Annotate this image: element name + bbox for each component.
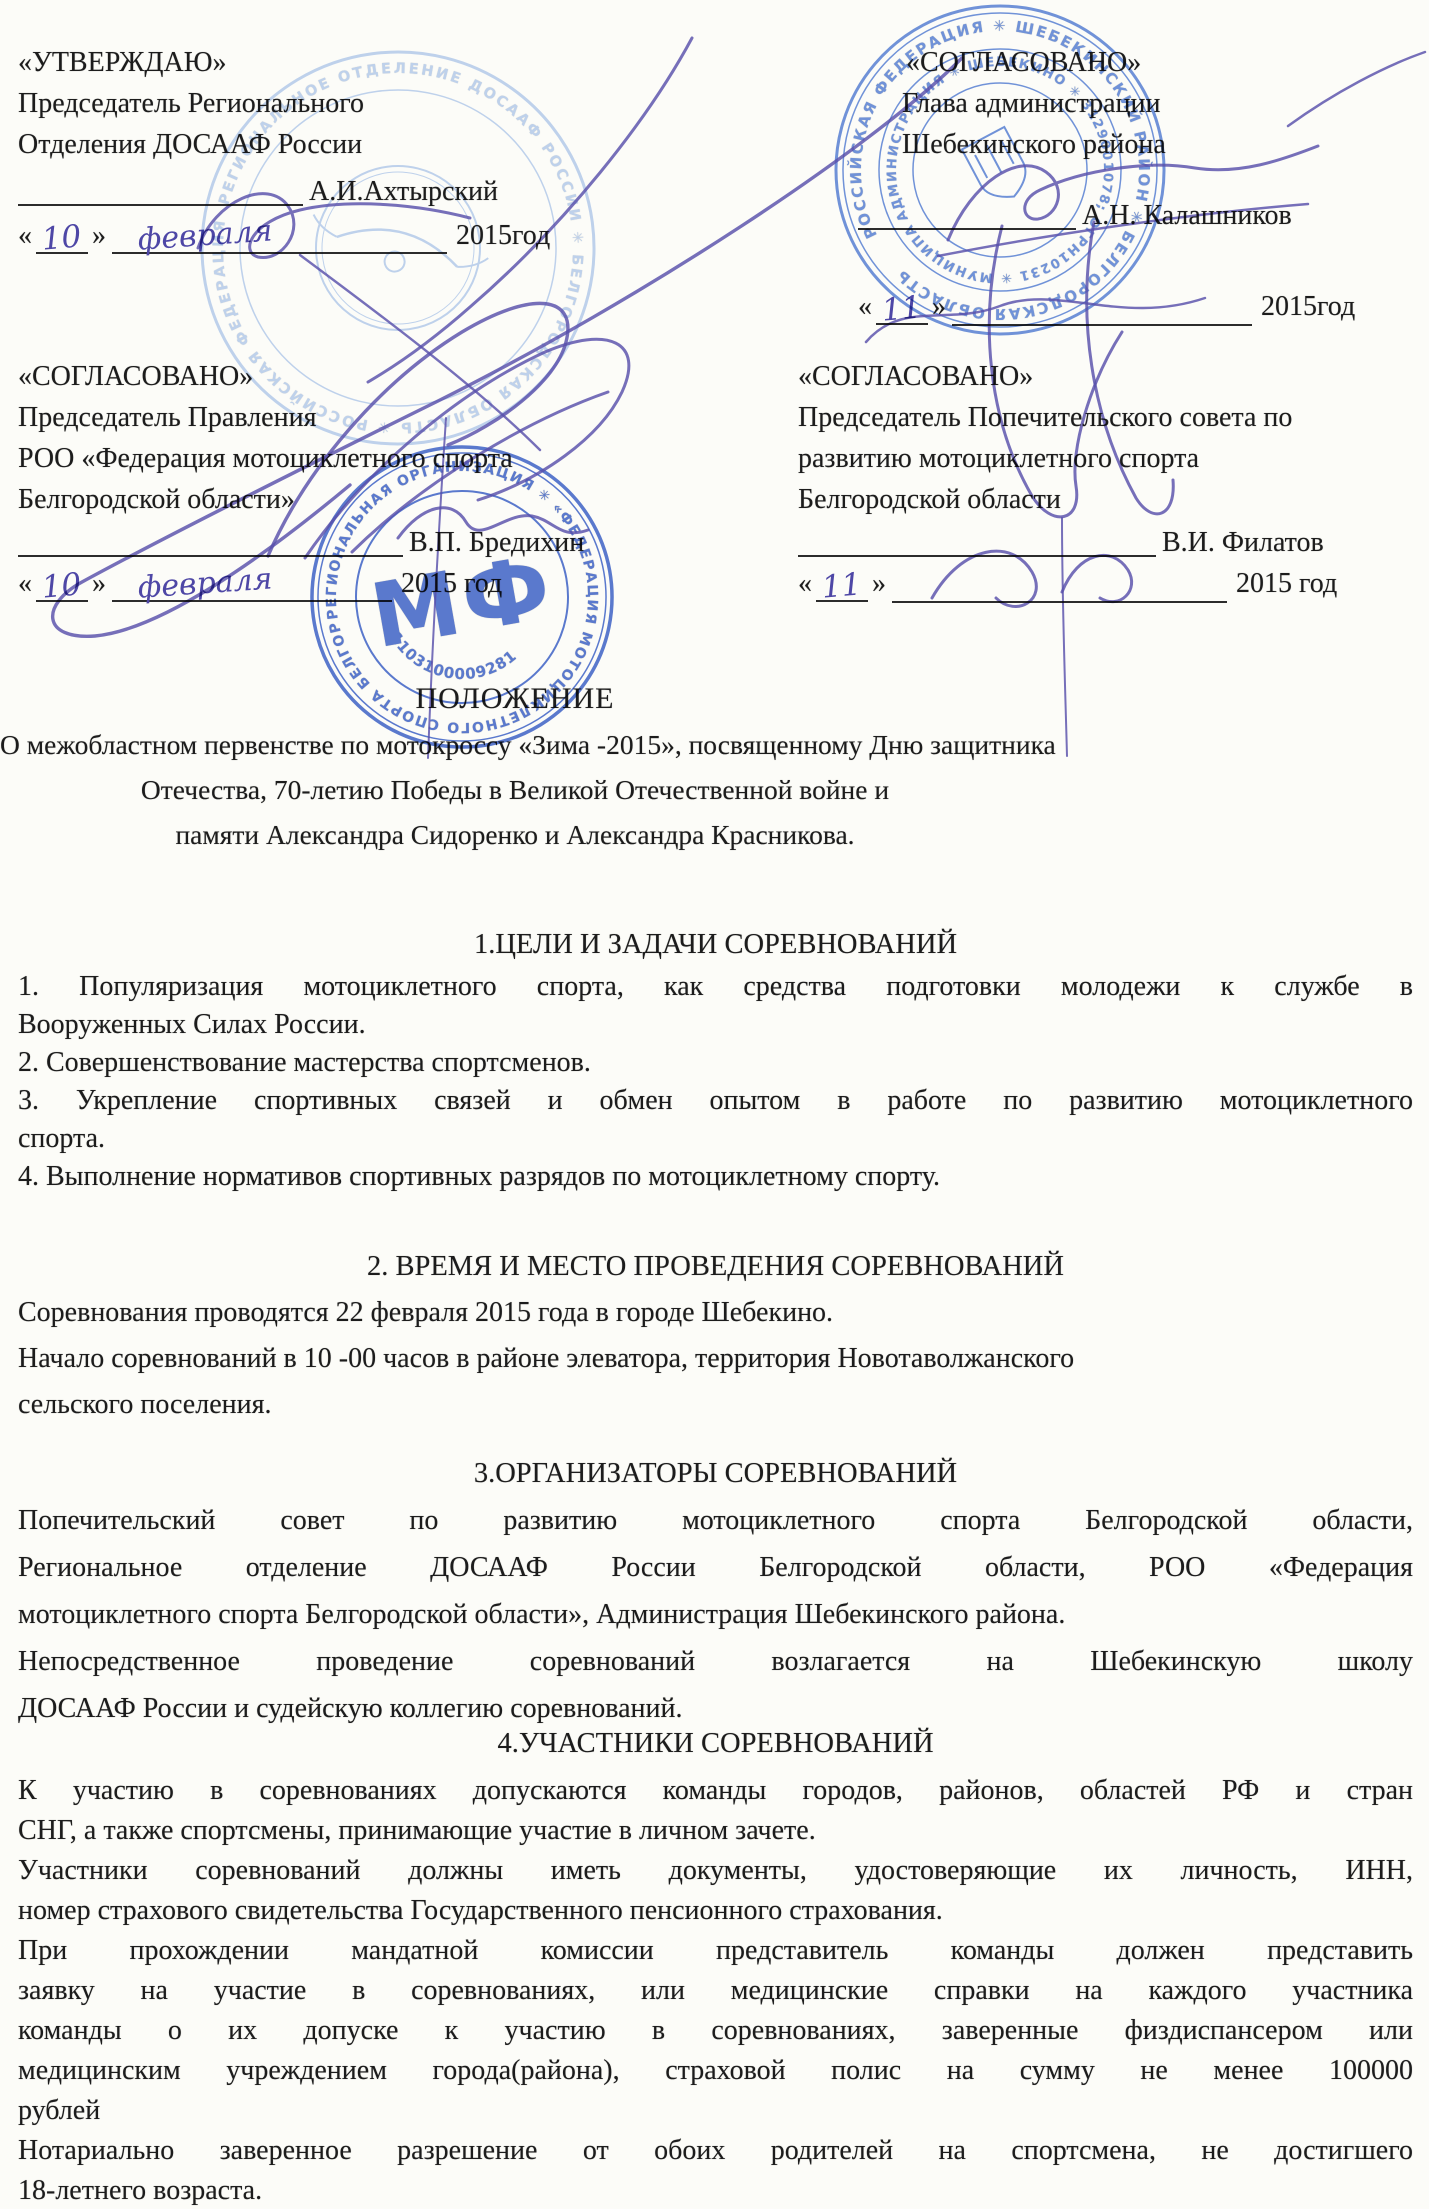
text-line: команды о их допуске к участию в соревно… [18,2011,1413,2051]
handwritten-day: 10 [36,568,88,602]
date-line: «10»февраля2015 год [18,563,683,604]
signee-name: А.Н. Калашников [1076,200,1292,231]
signee-name: А.И.Ахтырский [303,176,498,207]
date-line: «11»2015год [858,286,1423,327]
approval-line: Отделения ДОСААФ России [18,124,643,165]
signature-underline [858,220,1076,230]
approval-line: Председатель Правления [18,397,683,438]
text-line: 1. Популяризация мотоциклетного спорта, … [18,968,1413,1006]
handwritten-month: февраля [112,568,392,602]
section-organizers: 3.ОРГАНИЗАТОРЫ СОРЕВНОВАНИЙ Попечительск… [18,1450,1413,1732]
open-quote-mark: « [858,291,872,322]
signature-line: В.П. Бредихин [18,522,683,563]
text-line: При прохождении мандатной комиссии предс… [18,1931,1413,1971]
text-line: медицинским учреждением города(района), … [18,2051,1413,2091]
approval-line: Глава администрации [858,83,1423,124]
close-quote-mark: » [92,568,106,599]
handwritten-month: февраля [112,220,447,254]
handwritten-day: 10 [36,220,88,254]
section-goals: 1.ЦЕЛИ И ЗАДАЧИ СОРЕВНОВАНИЙ 1. Популяри… [18,926,1413,1196]
handwritten-month [892,569,1227,603]
text-line: 18-летнего возраста. [18,2171,1413,2209]
approval-line: Шебекинского района [858,124,1423,165]
handwritten-day: 11 [876,291,928,325]
approval-block-sovet: «СОГЛАСОВАНО» Председатель Попечительско… [798,356,1426,604]
approval-block-glava: «СОГЛАСОВАНО» Глава администрации Шебеки… [858,42,1423,327]
text-line: Региональное отделение ДОСААФ России Бел… [18,1544,1413,1591]
approval-line: Белгородской области» [18,479,683,520]
approval-quote: «СОГЛАСОВАНО» [858,42,1423,83]
subtitle-line: О межобластном первенстве по мотокроссу … [0,722,1030,767]
text-line: СНГ, а также спортсмены, принимающие уча… [18,1811,1413,1851]
signature-line: А.Н. Калашников [858,195,1423,236]
approval-quote: «УТВЕРЖДАЮ» [18,42,643,83]
year-label: 2015 год [401,568,502,599]
date-line: «11»2015 год [798,563,1426,604]
text-line: сельского поселения. [18,1382,1413,1428]
approval-block-federation: «СОГЛАСОВАНО» Председатель Правления РОО… [18,356,683,604]
text-line: мотоциклетного спорта Белгородской облас… [18,1591,1413,1638]
signature-line: А.И.Ахтырский [18,171,643,212]
section-participants: 4.УЧАСТНИКИ СОРЕВНОВАНИЙ К участию в сор… [18,1724,1413,2209]
year-label: 2015 год [1236,568,1337,599]
signature-underline [798,547,1156,557]
signature-line: В.И. Филатов [798,522,1426,563]
close-quote-mark: » [92,220,106,251]
approval-line: Председатель Попечительского совета по [798,397,1426,438]
signature-underline [18,196,303,206]
signee-name: В.И. Филатов [1156,527,1324,558]
handwritten-month [952,292,1252,326]
approval-line: развитию мотоциклетного спорта [798,438,1426,479]
section-heading: 1.ЦЕЛИ И ЗАДАЧИ СОРЕВНОВАНИЙ [18,926,1413,964]
text-line: заявку на участие в соревнованиях, или м… [18,1971,1413,2011]
open-quote-mark: « [18,568,32,599]
text-line: Нотариально заверенное разрешение от обо… [18,2131,1413,2171]
text-line: Непосредственное проведение соревнований… [18,1638,1413,1685]
text-line: Соревнования проводятся 22 февраля 2015 … [18,1290,1413,1336]
section-heading: 2. ВРЕМЯ И МЕСТО ПРОВЕДЕНИЯ СОРЕВНОВАНИЙ [18,1244,1413,1290]
text-line: Начало соревнований в 10 -00 часов в рай… [18,1336,1413,1382]
approval-line: РОО «Федерация мотоциклетного спорта [18,438,683,479]
approval-quote: «СОГЛАСОВАНО» [18,356,683,397]
close-quote-mark: » [872,568,886,599]
document-scan: «УТВЕРЖДАЮ» Председатель Регионального О… [0,0,1429,2209]
approval-block-utverzhdayu: «УТВЕРЖДАЮ» Председатель Регионального О… [18,42,643,256]
text-line: Участники соревнований должны иметь доку… [18,1851,1413,1891]
subtitle-line: памяти Александра Сидоренко и Александра… [0,812,1030,857]
date-line: «10»февраля2015год [18,215,643,256]
text-line: рублей [18,2091,1413,2131]
text-line: Попечительский совет по развитию мотоцик… [18,1497,1413,1544]
text-line: номер страхового свидетельства Государст… [18,1891,1413,1931]
text-line: К участию в соревнованиях допускаются ко… [18,1771,1413,1811]
open-quote-mark: « [18,220,32,251]
section-time-place: 2. ВРЕМЯ И МЕСТО ПРОВЕДЕНИЯ СОРЕВНОВАНИЙ… [18,1244,1413,1428]
approval-line: Белгородской области [798,479,1426,520]
year-label: 2015год [456,220,550,251]
title-block: ПОЛОЖЕНИЕ О межобластном первенстве по м… [0,676,1030,857]
year-label: 2015год [1261,291,1355,322]
close-quote-mark: » [932,291,946,322]
subtitle-line: Отечества, 70-летию Победы в Великой Оте… [0,767,1030,812]
approval-quote: «СОГЛАСОВАНО» [798,356,1426,397]
handwritten-day: 11 [816,568,868,602]
section-heading: 3.ОРГАНИЗАТОРЫ СОРЕВНОВАНИЙ [18,1450,1413,1497]
text-line: 3. Укрепление спортивных связей и обмен … [18,1082,1413,1120]
text-line: спорта. [18,1120,1413,1158]
text-line: Вооруженных Силах России. [18,1006,1413,1044]
page-title: ПОЛОЖЕНИЕ [0,676,1030,722]
text-line: 4. Выполнение нормативов спортивных разр… [18,1158,1413,1196]
signature-underline [18,547,403,557]
open-quote-mark: « [798,568,812,599]
text-line: 2. Совершенствование мастерства спортсме… [18,1044,1413,1082]
section-heading: 4.УЧАСТНИКИ СОРЕВНОВАНИЙ [18,1724,1413,1764]
approval-line: Председатель Регионального [18,83,643,124]
signee-name: В.П. Бредихин [403,527,584,558]
